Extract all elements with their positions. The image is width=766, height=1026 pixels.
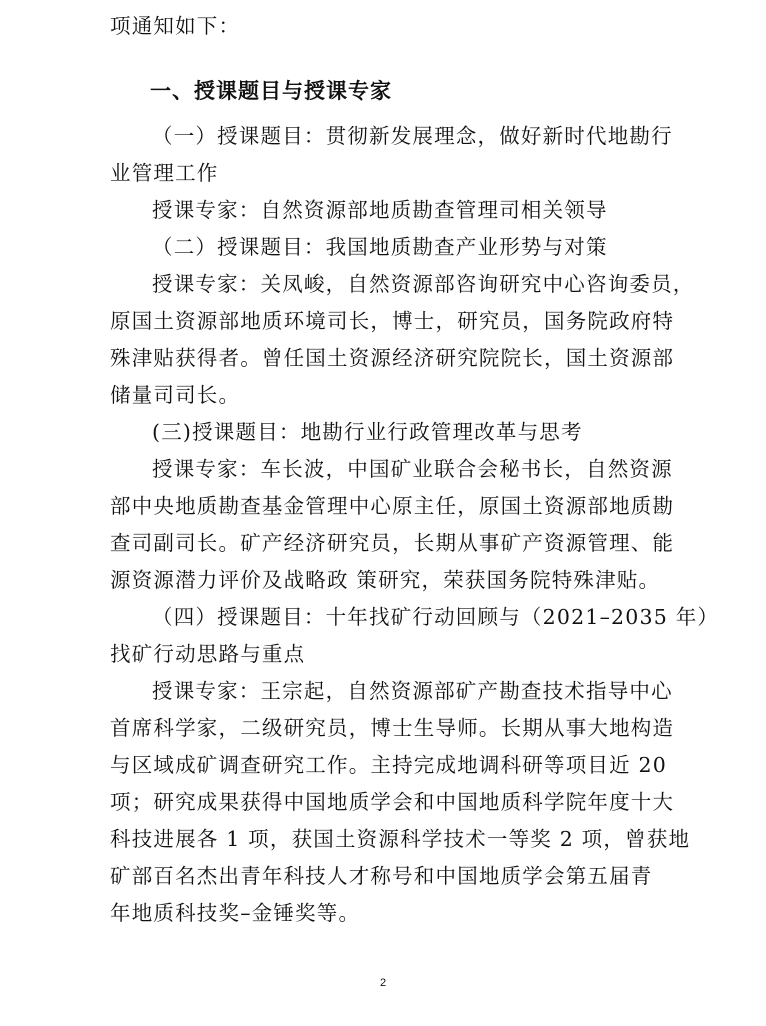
text-line: 源资源潜力评价及战略政 策研究，荣获国务院特殊津贴。 xyxy=(110,562,670,598)
topic-title: (三)授课题目：地勘行业行政管理改革与思考 xyxy=(152,414,712,450)
text-line: 找矿行动思路与重点 xyxy=(110,636,670,672)
topic-title: （一）授课题目：贯彻新发展理念，做好新时代地勘行 xyxy=(152,118,712,154)
document-page: 项通知如下： 一、授课题目与授课专家 （一）授课题目：贯彻新发展理念，做好新时代… xyxy=(0,0,766,1026)
text-line: 部中央地质勘查基金管理中心原主任，原国土资源部地质勘 xyxy=(110,488,670,524)
text-line: 项；研究成果获得中国地质学会和中国地质科学院年度十大 xyxy=(110,784,670,820)
text-line: 业管理工作 xyxy=(110,155,670,191)
expert-line: 授课专家：关凤峻，自然资源部咨询研究中心咨询委员， xyxy=(152,266,712,302)
text-line: 年地质科技奖–金锤奖等。 xyxy=(110,895,670,931)
topic-title: （二）授课题目：我国地质勘查产业形势与对策 xyxy=(152,229,712,265)
expert-line: 授课专家：车长波，中国矿业联合会秘书长，自然资源 xyxy=(152,451,712,487)
topic-title: （四）授课题目：十年找矿行动回顾与（2021–2035 年） xyxy=(152,599,712,635)
text-line: 殊津贴获得者。曾任国土资源经济研究院院长，国土资源部 xyxy=(110,340,670,376)
text-line: 查司副司长。矿产经济研究员，长期从事矿产资源管理、能 xyxy=(110,525,670,561)
text-line: 原国土资源部地质环境司长，博士，研究员，国务院政府特 xyxy=(110,303,670,339)
section-heading: 一、授课题目与授课专家 xyxy=(150,73,710,109)
text-line: 储量司司长。 xyxy=(110,377,670,413)
text-line: 与区域成矿调查研究工作。主持完成地调科研等项目近 20 xyxy=(110,747,670,783)
text-line: 矿部百名杰出青年科技人才称号和中国地质学会第五届青 xyxy=(110,858,670,894)
text-line: 首席科学家，二级研究员，博士生导师。长期从事大地构造 xyxy=(110,710,670,746)
expert-line: 授课专家：自然资源部地质勘查管理司相关领导 xyxy=(152,192,712,228)
expert-line: 授课专家：王宗起，自然资源部矿产勘查技术指导中心 xyxy=(152,673,712,709)
text-line: 科技进展各 1 项，获国土资源科学技术一等奖 2 项，曾获地 xyxy=(110,821,670,857)
page-number: 2 xyxy=(0,977,766,989)
text-line: 项通知如下： xyxy=(110,8,670,44)
